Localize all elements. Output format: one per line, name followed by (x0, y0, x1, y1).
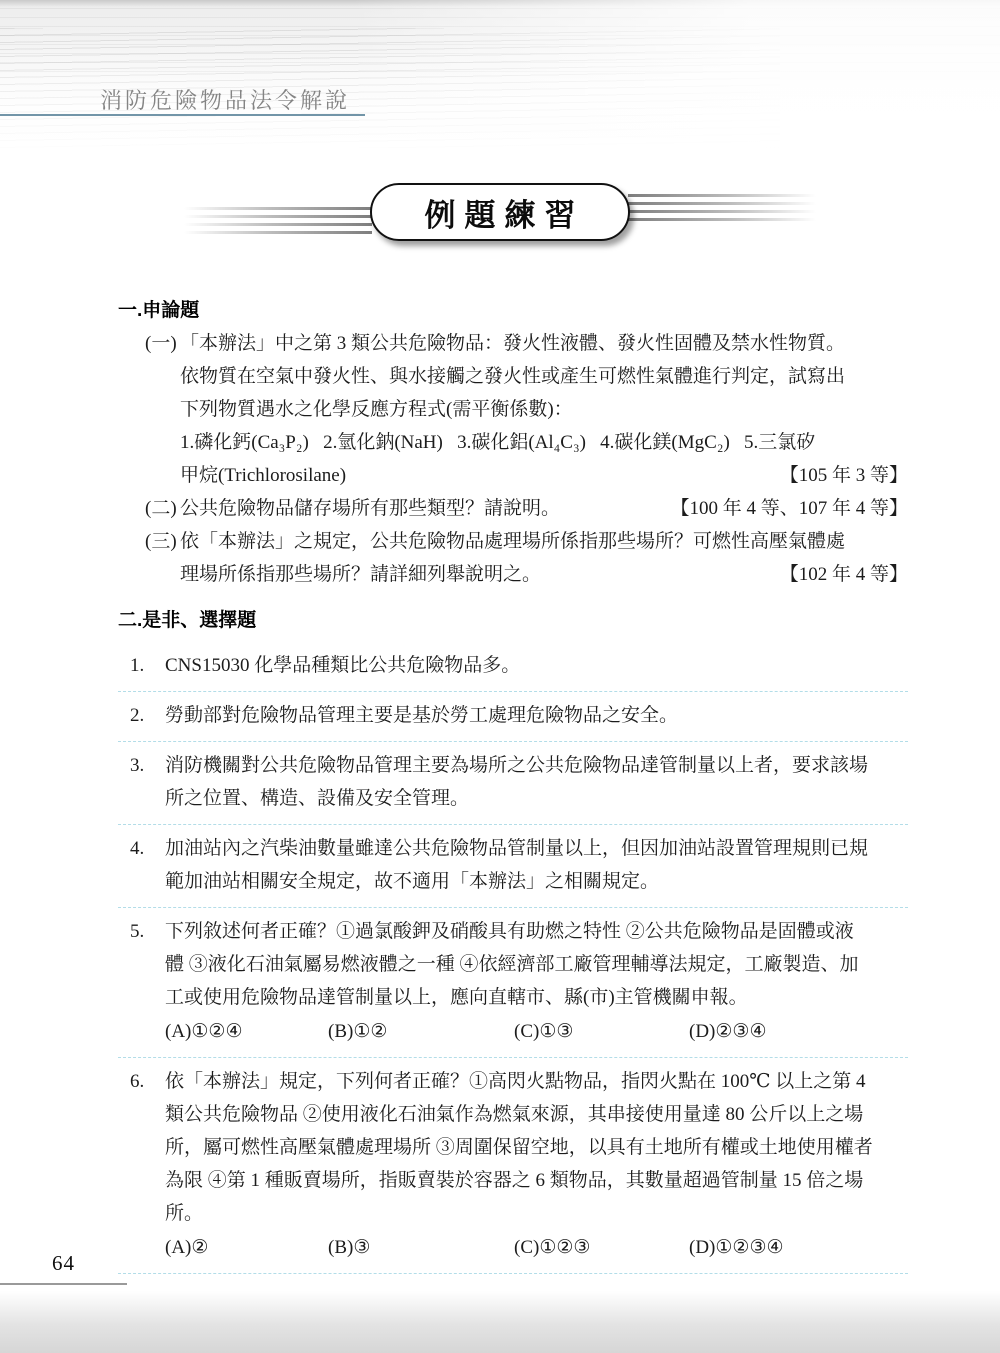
question-row: 4.加油站內之汽柴油數量雖達公共危險物品管制量以上，但因加油站設置管理規則已規範… (118, 825, 908, 908)
question-body: 依「本辦法」規定，下列何者正確？①高閃火點物品，指閃火點在 100℃ 以上之第 … (165, 1065, 908, 1264)
text-line: 工或使用危險物品達管制量以上，應向直轄市、縣(市)主管機關申報。 (165, 981, 908, 1014)
line-text: 工或使用危險物品達管制量以上，應向直轄市、縣(市)主管機關申報。 (165, 981, 748, 1014)
question-row: 2.勞動部對危險物品管理主要是基於勞工處理危險物品之安全。 (118, 692, 908, 742)
line-text: 所，屬可燃性高壓氣體處理場所 ③周圍保留空地，以具有土地所有權或土地使用權者 (165, 1131, 873, 1164)
answer-option: (D)②③④ (689, 1015, 766, 1048)
text-line: 範加油站相關安全規定，故不適用「本辦法」之相關規定。 (165, 865, 908, 898)
answer-options: (A)②(B)③(C)①②③(D)①②③④ (165, 1231, 908, 1264)
question-number: 5. (130, 915, 165, 1048)
text-line: 「本辦法」中之第 3 類公共危險物品：發火性液體、發火性固體及禁水性物質。 (180, 327, 908, 360)
exam-year-tag: 【105 年 3 等】 (780, 459, 908, 492)
essay-item-label: (一) (145, 327, 180, 492)
line-text: 下列敘述何者正確？①過氯酸鉀及硝酸具有助燃之特性 ②公共危險物品是固體或液 (165, 915, 854, 948)
line-text: 甲烷(Trichlorosilane) (180, 459, 346, 492)
page-number: 64 (52, 1251, 75, 1276)
section1-heading: 一.申論題 (118, 294, 908, 327)
exam-year-tag: 【102 年 4 等】 (780, 558, 908, 591)
question-body: 下列敘述何者正確？①過氯酸鉀及硝酸具有助燃之特性 ②公共危險物品是固體或液體 ③… (165, 915, 908, 1048)
question-row: 6.依「本辦法」規定，下列何者正確？①高閃火點物品，指閃火點在 100℃ 以上之… (118, 1058, 908, 1274)
question-body: 加油站內之汽柴油數量雖達公共危險物品管制量以上，但因加油站設置管理規則已規範加油… (165, 832, 908, 898)
essay-item: (二)公共危險物品儲存場所有那些類型？請說明。【100 年 4 等、107 年 … (118, 492, 908, 525)
question-number: 3. (130, 749, 165, 815)
essay-item-body: 「本辦法」中之第 3 類公共危險物品：發火性液體、發火性固體及禁水性物質。依物質… (180, 327, 908, 492)
text-line: 下列敘述何者正確？①過氯酸鉀及硝酸具有助燃之特性 ②公共危險物品是固體或液 (165, 915, 908, 948)
text-line: 消防機關對公共危險物品管理主要為場所之公共危險物品達管制量以上者，要求該場 (165, 749, 908, 782)
line-text: 類公共危險物品 ②使用液化石油氣作為燃氣來源，其串接使用量達 80 公斤以上之場 (165, 1098, 863, 1131)
text-line: 勞動部對危險物品管理主要是基於勞工處理危險物品之安全。 (165, 699, 908, 732)
text-line: 理場所係指那些場所？請詳細列舉說明之。【102 年 4 等】 (180, 558, 908, 591)
footer-rule (0, 1283, 127, 1285)
text-line: 依物質在空氣中發火性、與水接觸之發火性或產生可燃性氣體進行判定，試寫出 (180, 360, 908, 393)
wave-fade-overlay (0, 0, 1000, 165)
banner-capsule: 例題練習 (370, 183, 630, 241)
line-text: 1.磷化鈣(Ca₃P₂) 2.氫化鈉(NaH) 3.碳化鋁(Al₄C₃) 4.碳… (180, 426, 815, 459)
question-number: 2. (130, 699, 165, 732)
section2-heading: 二.是非、選擇題 (118, 604, 908, 637)
question-number: 1. (130, 649, 165, 682)
essay-item: (三)依「本辦法」之規定，公共危險物品處理場所係指那些場所？可燃性高壓氣體處理場… (118, 525, 908, 591)
line-text: 勞動部對危險物品管理主要是基於勞工處理危險物品之安全。 (165, 699, 678, 732)
question-number: 6. (130, 1065, 165, 1264)
line-text: CNS15030 化學品種類比公共危險物品多。 (165, 649, 520, 682)
line-text: 公共危險物品儲存場所有那些類型？請說明。 (180, 492, 560, 525)
line-text: 依「本辦法」之規定，公共危險物品處理場所係指那些場所？可燃性高壓氣體處 (180, 525, 845, 558)
page-content: 一.申論題 (一)「本辦法」中之第 3 類公共危險物品：發火性液體、發火性固體及… (118, 294, 908, 1274)
essay-item-body: 公共危險物品儲存場所有那些類型？請說明。【100 年 4 等、107 年 4 等… (180, 492, 908, 525)
line-text: 依「本辦法」規定，下列何者正確？①高閃火點物品，指閃火點在 100℃ 以上之第 … (165, 1065, 866, 1098)
essay-item-body: 依「本辦法」之規定，公共危險物品處理場所係指那些場所？可燃性高壓氣體處理場所係指… (180, 525, 908, 591)
line-text: 為限 ④第 1 種販賣場所，指販賣裝於容器之 6 類物品，其數量超過管制量 15… (165, 1164, 863, 1197)
question-row: 3.消防機關對公共危險物品管理主要為場所之公共危險物品達管制量以上者，要求該場所… (118, 742, 908, 825)
question-row: 1.CNS15030 化學品種類比公共危險物品多。 (118, 642, 908, 692)
line-text: 體 ③液化石油氣屬易燃液體之一種 ④依經濟部工廠管理輔導法規定，工廠製造、加 (165, 948, 859, 981)
line-text: 消防機關對公共危險物品管理主要為場所之公共危險物品達管制量以上者，要求該場 (165, 749, 868, 782)
essay-items: (一)「本辦法」中之第 3 類公共危險物品：發火性液體、發火性固體及禁水性物質。… (118, 327, 908, 591)
question-list: 1.CNS15030 化學品種類比公共危險物品多。2.勞動部對危險物品管理主要是… (118, 642, 908, 1274)
banner-speedlines-right (628, 181, 816, 245)
question-number: 4. (130, 832, 165, 898)
question-body: 勞動部對危險物品管理主要是基於勞工處理危險物品之安全。 (165, 699, 908, 732)
line-text: 所之位置、構造、設備及安全管理。 (165, 782, 469, 815)
banner-speedlines-left (184, 181, 372, 245)
essay-item-label: (二) (145, 492, 180, 525)
text-line: 加油站內之汽柴油數量雖達公共危險物品管制量以上，但因加油站設置管理規則已規 (165, 832, 908, 865)
line-text: 依物質在空氣中發火性、與水接觸之發火性或產生可燃性氣體進行判定，試寫出 (180, 360, 845, 393)
line-text: 範加油站相關安全規定，故不適用「本辦法」之相關規定。 (165, 865, 659, 898)
line-text: 所。 (165, 1197, 203, 1230)
text-line: 所之位置、構造、設備及安全管理。 (165, 782, 908, 815)
answer-option: (C)①③ (514, 1015, 689, 1048)
question-row: 5.下列敘述何者正確？①過氯酸鉀及硝酸具有助燃之特性 ②公共危險物品是固體或液體… (118, 908, 908, 1058)
text-line: 所。 (165, 1197, 908, 1230)
answer-option: (D)①②③④ (689, 1231, 784, 1264)
text-line: 體 ③液化石油氣屬易燃液體之一種 ④依經濟部工廠管理輔導法規定，工廠製造、加 (165, 948, 908, 981)
text-line: 所，屬可燃性高壓氣體處理場所 ③周圍保留空地，以具有土地所有權或土地使用權者 (165, 1131, 908, 1164)
text-line: 依「本辦法」之規定，公共危險物品處理場所係指那些場所？可燃性高壓氣體處 (180, 525, 908, 558)
running-header-title: 消防危險物品法令解說 (100, 84, 350, 115)
question-body: CNS15030 化學品種類比公共危險物品多。 (165, 649, 908, 682)
top-decorative-band (0, 0, 1000, 165)
line-text: 加油站內之汽柴油數量雖達公共危險物品管制量以上，但因加油站設置管理規則已規 (165, 832, 868, 865)
answer-option: (A)② (165, 1231, 328, 1264)
banner-title: 例題練習 (416, 190, 585, 235)
answer-option: (A)①②④ (165, 1015, 328, 1048)
text-line: 依「本辦法」規定，下列何者正確？①高閃火點物品，指閃火點在 100℃ 以上之第 … (165, 1065, 908, 1098)
text-line: 為限 ④第 1 種販賣場所，指販賣裝於容器之 6 類物品，其數量超過管制量 15… (165, 1164, 908, 1197)
bottom-decorative-band (0, 1291, 1000, 1353)
section-banner: 例題練習 (0, 181, 1000, 245)
exam-year-tag: 【100 年 4 等、107 年 4 等】 (670, 492, 908, 525)
essay-item: (一)「本辦法」中之第 3 類公共危險物品：發火性液體、發火性固體及禁水性物質。… (118, 327, 908, 492)
text-line: CNS15030 化學品種類比公共危險物品多。 (165, 649, 908, 682)
document-page: 消防危險物品法令解說 例題練習 一.申論題 (一)「本辦法」中之第 3 類公共危… (0, 0, 1000, 1353)
line-text: 下列物質遇水之化學反應方程式(需平衡係數)： (180, 393, 573, 426)
text-line: 1.磷化鈣(Ca₃P₂) 2.氫化鈉(NaH) 3.碳化鋁(Al₄C₃) 4.碳… (180, 426, 908, 459)
text-line: 類公共危險物品 ②使用液化石油氣作為燃氣來源，其串接使用量達 80 公斤以上之場 (165, 1098, 908, 1131)
answer-option: (B)①② (328, 1015, 514, 1048)
text-line: 下列物質遇水之化學反應方程式(需平衡係數)： (180, 393, 908, 426)
question-body: 消防機關對公共危險物品管理主要為場所之公共危險物品達管制量以上者，要求該場所之位… (165, 749, 908, 815)
answer-options: (A)①②④(B)①②(C)①③(D)②③④ (165, 1015, 908, 1048)
line-text: 「本辦法」中之第 3 類公共危險物品：發火性液體、發火性固體及禁水性物質。 (180, 327, 845, 360)
text-line: 甲烷(Trichlorosilane)【105 年 3 等】 (180, 459, 908, 492)
answer-option: (C)①②③ (514, 1231, 689, 1264)
essay-item-label: (三) (145, 525, 180, 591)
answer-option: (B)③ (328, 1231, 514, 1264)
header-rule (0, 114, 365, 116)
text-line: 公共危險物品儲存場所有那些類型？請說明。【100 年 4 等、107 年 4 等… (180, 492, 908, 525)
line-text: 理場所係指那些場所？請詳細列舉說明之。 (180, 558, 541, 591)
